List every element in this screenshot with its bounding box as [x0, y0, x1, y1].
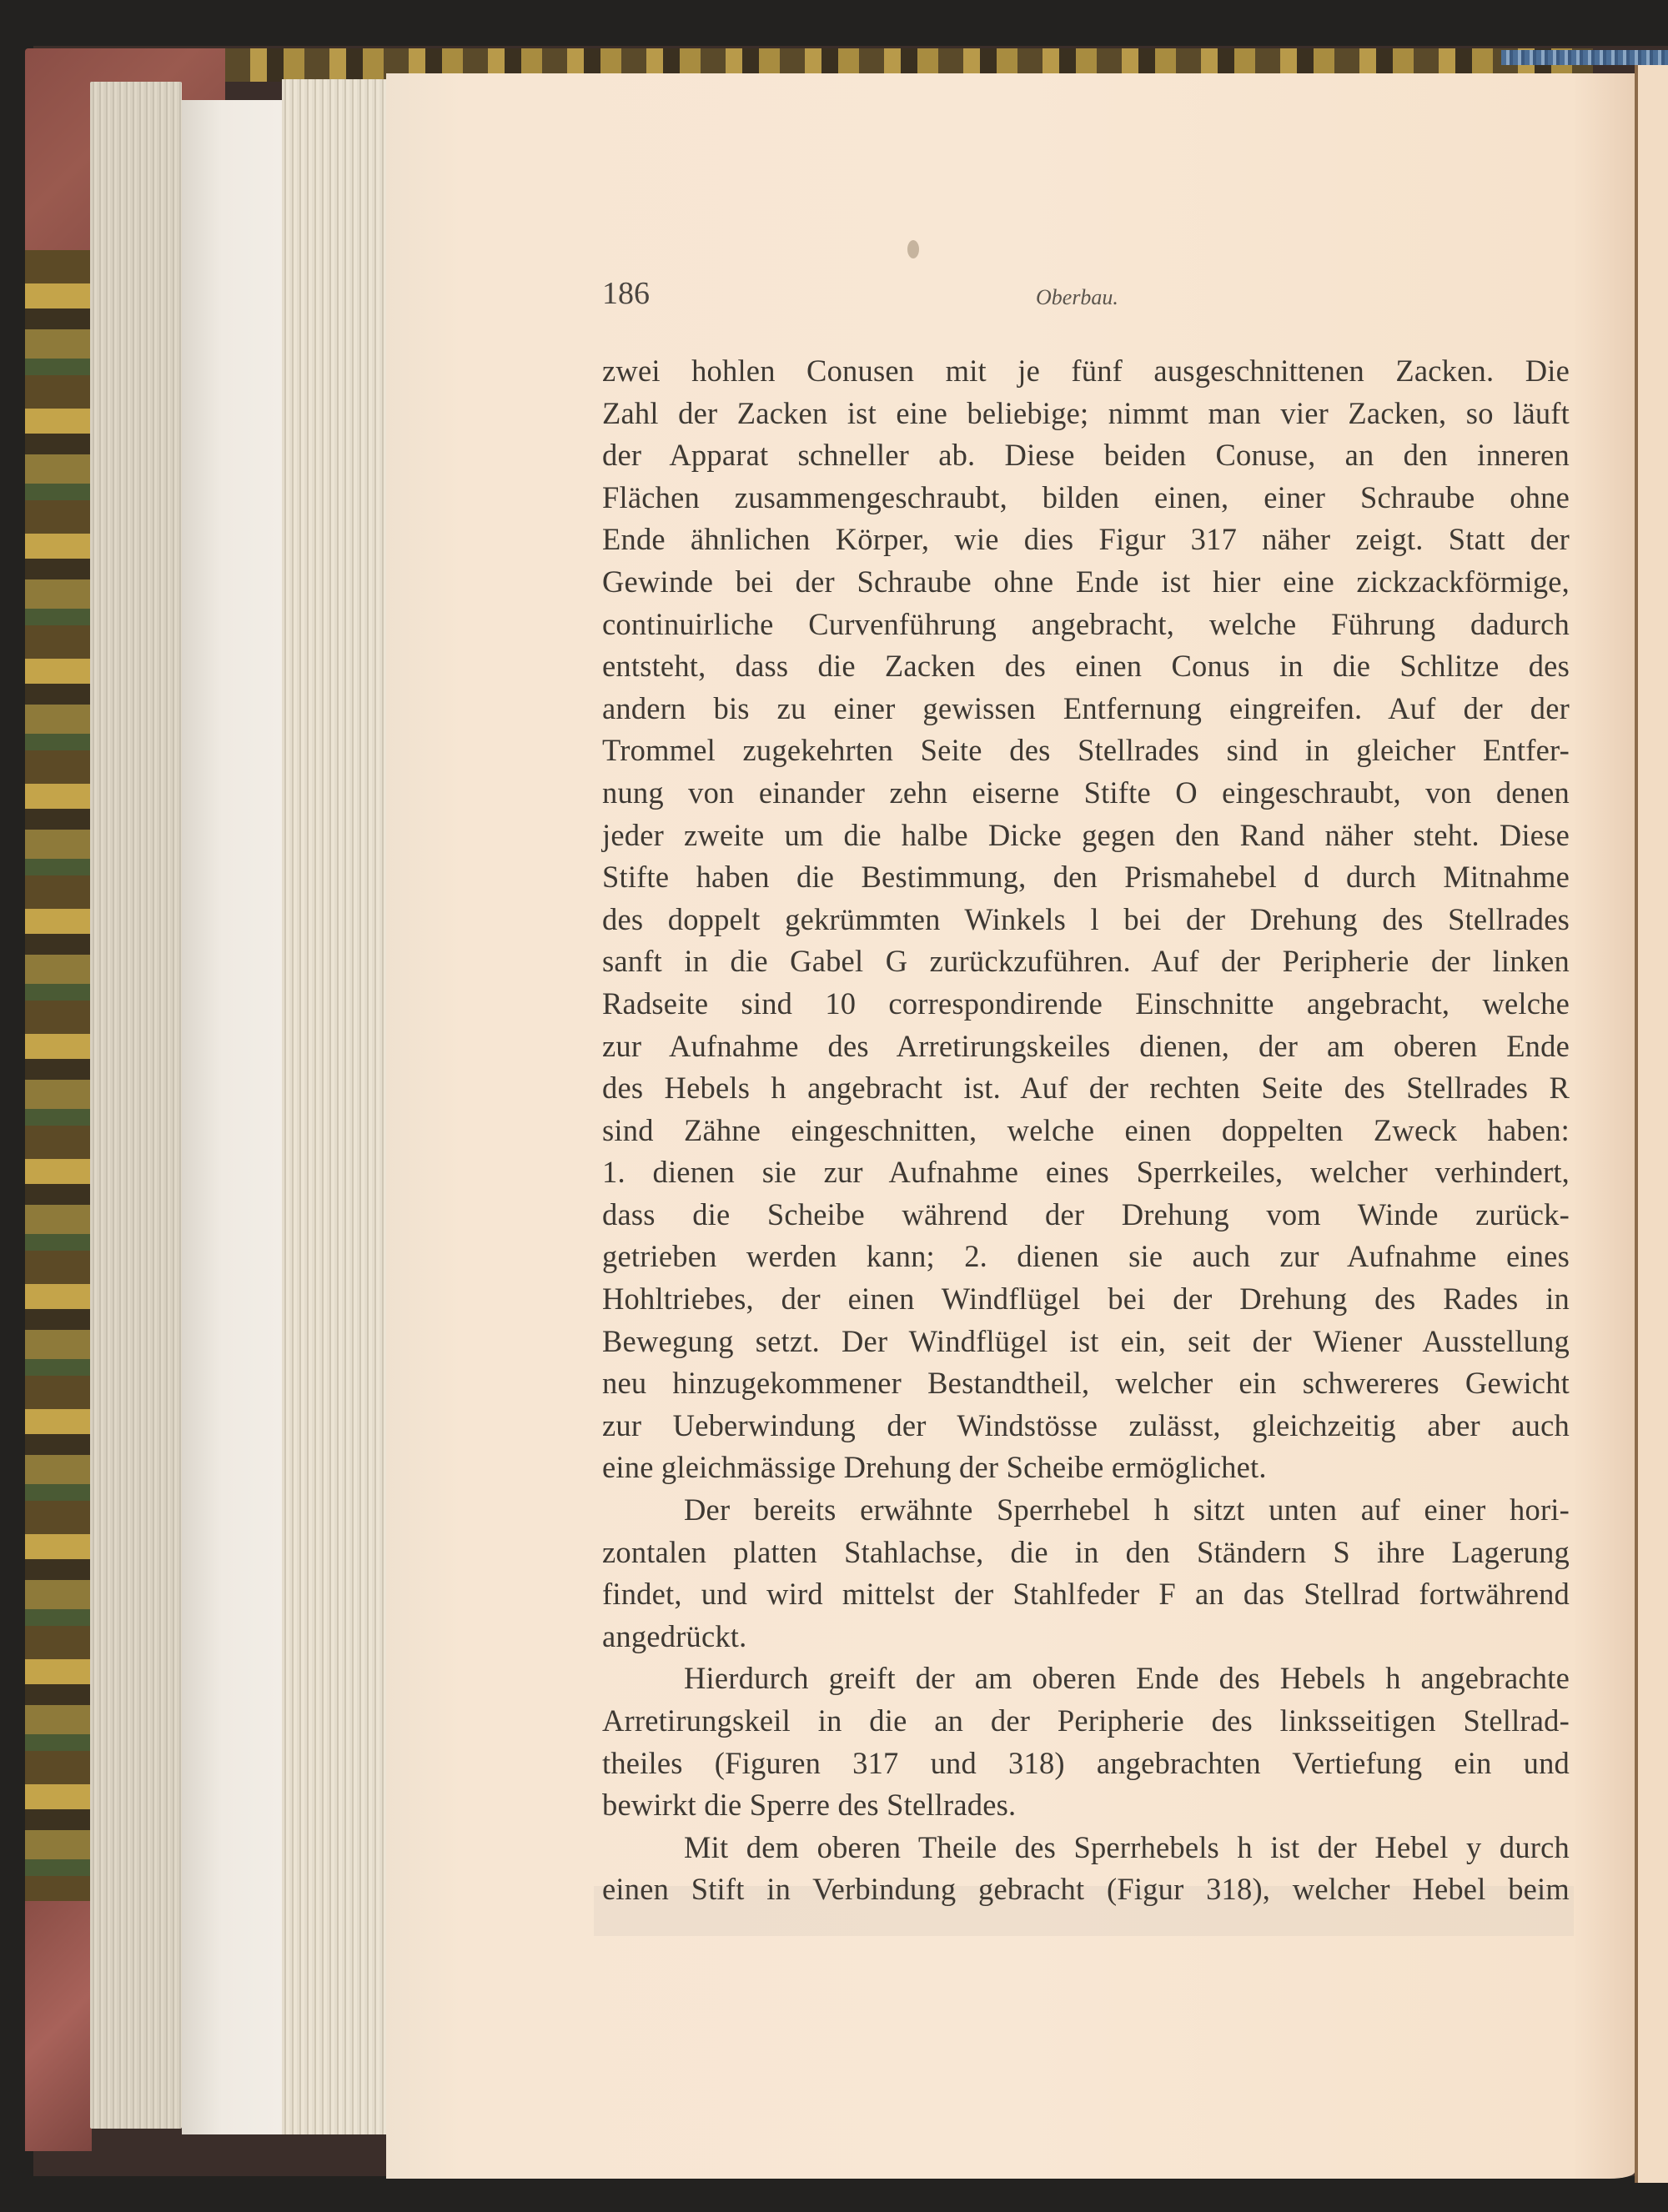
marbled-board-left: [25, 250, 90, 1901]
text-line: Hierdurch greift der am oberen Ende des …: [602, 1658, 1570, 1700]
text-line: nung von einander zehn eiserne Stifte O …: [602, 772, 1570, 815]
text-line: Arretirungskeil in die an der Peripherie…: [602, 1700, 1570, 1743]
text-line: Trommel zugekehrten Seite des Stellrades…: [602, 730, 1570, 772]
paper-stain: [907, 240, 919, 258]
text-line: neu hinzugekommener Bestandtheil, welche…: [602, 1362, 1570, 1405]
text-line: Stifte haben die Bestimmung, den Prismah…: [602, 856, 1570, 899]
text-line: Bewegung setzt. Der Windflügel ist ein, …: [602, 1321, 1570, 1363]
running-head: Oberbau.: [1036, 285, 1118, 310]
flyleaf: [182, 100, 282, 2134]
text-line: sanft in die Gabel G zurückzuführen. Auf…: [602, 940, 1570, 983]
text-line: findet, und wird mittelst der Stahlfeder…: [602, 1573, 1570, 1616]
text-line: Flächen zusammengeschraubt, bilden einen…: [602, 477, 1570, 519]
text-line: Gewinde bei der Schraube ohne Ende ist h…: [602, 561, 1570, 604]
text-line: sind Zähne eingeschnitten, welche einen …: [602, 1110, 1570, 1152]
facing-page-edge: [1635, 65, 1668, 2183]
text-line: zur Aufnahme des Arretirungskeiles diene…: [602, 1026, 1570, 1068]
text-line: dass die Scheibe während der Drehung vom…: [602, 1194, 1570, 1236]
text-line: zwei hohlen Conusen mit je fünf ausgesch…: [602, 350, 1570, 393]
headband: [1501, 50, 1668, 65]
text-line: des Hebels h angebracht ist. Auf der rec…: [602, 1067, 1570, 1110]
text-line: andern bis zu einer gewissen Entfernung …: [602, 688, 1570, 730]
leather-corner-bottom: [25, 1901, 92, 2151]
text-line: Zahl der Zacken ist eine beliebige; nimm…: [602, 393, 1570, 435]
text-line: zontalen platten Stahlachse, die in den …: [602, 1532, 1570, 1574]
text-line: Radseite sind 10 correspondirende Einsch…: [602, 983, 1570, 1026]
page-number: 186: [602, 275, 650, 312]
text-line: angedrückt.: [602, 1616, 1570, 1658]
page-edges-left: [90, 82, 182, 2129]
text-line: jeder zweite um die halbe Dicke gegen de…: [602, 815, 1570, 857]
text-line: Hohltriebes, der einen Windflügel bei de…: [602, 1278, 1570, 1321]
body-text: zwei hohlen Conusen mit je fünf ausgesch…: [602, 350, 1570, 1911]
text-line: der Apparat schneller ab. Diese beiden C…: [602, 434, 1570, 477]
text-line: Ende ähnlichen Körper, wie dies Figur 31…: [602, 519, 1570, 561]
text-line: continuirliche Curvenführung angebracht,…: [602, 604, 1570, 646]
text-line: 1. dienen sie zur Aufnahme eines Sperrke…: [602, 1151, 1570, 1194]
text-line: einen Stift in Verbindung gebracht (Figu…: [602, 1868, 1570, 1911]
text-line: Mit dem oberen Theile des Sperrhebels h …: [602, 1827, 1570, 1869]
text-line: eine gleichmässige Drehung der Scheibe e…: [602, 1447, 1570, 1489]
text-line: zur Ueberwindung der Windstösse zulässt,…: [602, 1405, 1570, 1447]
text-line: theiles (Figuren 317 und 318) angebracht…: [602, 1743, 1570, 1785]
text-line: des doppelt gekrümmten Winkels l bei der…: [602, 899, 1570, 941]
page-edges-middle: [282, 79, 386, 2134]
page-header: 186 Oberbau.: [602, 275, 1570, 317]
text-line: entsteht, dass die Zacken des einen Conu…: [602, 645, 1570, 688]
text-line: getrieben werden kann; 2. dienen sie auc…: [602, 1236, 1570, 1278]
text-line: bewirkt die Sperre des Stellrades.: [602, 1784, 1570, 1827]
text-line: Der bereits erwähnte Sperrhebel h sitzt …: [602, 1489, 1570, 1532]
